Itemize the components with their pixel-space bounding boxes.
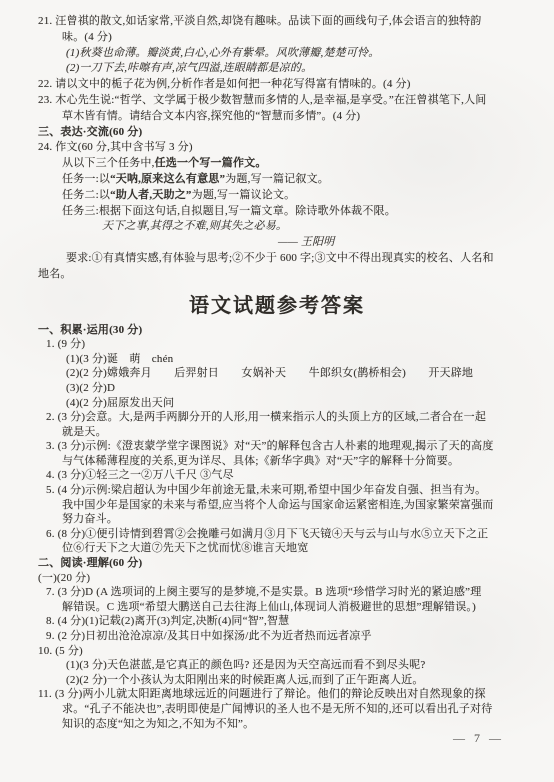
text-line: 22. 请以文中的栀子花为例,分析作者是如何把一种花写得富有情味的。(4 分) xyxy=(0,77,554,93)
answers-title: 语文试题参考答案 xyxy=(0,289,554,318)
text-line: 就是天。 xyxy=(0,425,554,440)
text-line: 9. (2 分)日初出沧沧凉凉/及其日中如探汤/此不为近者热而远者凉乎 xyxy=(0,629,554,644)
text-line: 1. (9 分) xyxy=(0,337,554,352)
text-line: (4)(2 分)屈原发出天问 xyxy=(0,396,554,411)
text-line: 努力奋斗。 xyxy=(0,512,554,527)
text-segment: 为题,写一篇记叙文。 xyxy=(225,173,329,185)
text-line: 求。“孔子不能决也”,表明即使是广闻博识的圣人也不是无所不知的,还可以看出孔子对… xyxy=(0,702,554,717)
text-segment: 从以下三个任务中, xyxy=(62,157,155,169)
text-line: (1)(3 分)诞 萌 chén xyxy=(0,352,554,367)
scanned-answer-page: 21. 汪曾祺的散文,如话家常,平淡自然,却饶有趣味。品读下面的画线句子,体会语… xyxy=(0,0,554,782)
text-line: 7. (3 分)D (A 选项词的上阕主要写的是梦境,不是实景。B 选项“珍惜学… xyxy=(0,585,554,600)
text-line: 三、表达·交流(60 分) xyxy=(0,125,554,141)
text-line: —— 王阳明 xyxy=(0,235,554,251)
text-line: 24. 作文(60 分,其中含书写 3 分) xyxy=(0,140,554,156)
text-line: 与气体稀薄程度的关系,更为详尽、具体;《新华字典》对“天”字的解释十分简要。 xyxy=(0,454,554,469)
text-line: 3. (3 分)示例:《澄衷蒙学堂字课图说》对“天”的解释包含古人朴素的地理观,… xyxy=(0,439,554,454)
text-line: 2. (3 分)会意。大,是两手两脚分开的人形,用一横来指示人的头顶上方的区域,… xyxy=(0,410,554,425)
answer-section: 一、积累·运用(30 分)1. (9 分)(1)(3 分)诞 萌 chén(2)… xyxy=(0,323,554,732)
text-line: 我中国少年是国家的未来与希望,应当将个人命运与国家命运紧密相连,为国家繁荣富强而 xyxy=(0,498,554,513)
text-line: 10. (5 分) xyxy=(0,644,554,659)
text-segment: 任务一:以 xyxy=(62,173,110,185)
text-line: 8. (4 分)(1)记载(2)离开(3)判定,决断(4)同“智”,智慧 xyxy=(0,614,554,629)
text-line: 一、积累·运用(30 分) xyxy=(0,323,554,338)
text-line: 要求:①有真情实感,有体验与思考;②不少于 600 字;③文中不得出现真实的校名… xyxy=(0,251,554,267)
text-line: 21. 汪曾祺的散文,如话家常,平淡自然,却饶有趣味。品读下面的画线句子,体会语… xyxy=(0,14,554,30)
text-line: 23. 木心先生说:“哲学、文学属于极少数智慧而多情的人,是幸福,是享受。”在汪… xyxy=(0,93,554,109)
text-line: 任务一:以“天呐,原来这么有意思”为题,写一篇记叙文。 xyxy=(0,172,554,188)
text-line: 解错误。C 选项“希望大鹏送自己去往海上仙山,体现词人消极避世的思想”理解错误。… xyxy=(0,600,554,615)
text-line: (2)(2 分)一个小孩认为太阳刚出来的时候距离人远,而到了正午距离人近。 xyxy=(0,673,554,688)
text-line: 任务三:根据下面这句话,自拟题目,写一篇文章。除诗歌外体裁不限。 xyxy=(0,204,554,220)
text-line: 知识的态度“知之为知之,不知为不知”。 xyxy=(0,717,554,732)
text-line: (3)(2 分)D xyxy=(0,381,554,396)
text-line: 地名。 xyxy=(0,267,554,283)
text-line: (一)(20 分) xyxy=(0,571,554,586)
text-line: 11. (3 分)两小儿就太阳距离地球远近的问题进行了辩论。他们的辩论反映出对自… xyxy=(0,687,554,702)
text-segment: 为题,写一篇议论文。 xyxy=(192,189,296,201)
text-segment: “天呐,原来这么有意思” xyxy=(110,173,225,185)
text-line: (2)一刀下去,咔嚓有声,凉气四溢,连眼睛都是凉的。 xyxy=(0,61,554,77)
page-number: — 7 — xyxy=(453,731,504,746)
text-segment: “助人者,天助之” xyxy=(110,189,192,201)
text-line: 二、阅读·理解(60 分) xyxy=(0,556,554,571)
text-line: 4. (3 分)①轻三之一②万八千尺 ③气尽 xyxy=(0,468,554,483)
text-line: 从以下三个任务中,任选一个写一篇作文。 xyxy=(0,156,554,172)
text-line: 味。(4 分) xyxy=(0,30,554,46)
text-line: 5. (4 分)示例:梁启超认为中国少年前途无量,未来可期,希望中国少年奋发自强… xyxy=(0,483,554,498)
question-section: 21. 汪曾祺的散文,如话家常,平淡自然,却饶有趣味。品读下面的画线句子,体会语… xyxy=(0,14,554,283)
text-line: (2)(2 分)嫦娥奔月 后羿射日 女娲补天 牛郎织女(鹊桥相会) 开天辟地 xyxy=(0,366,554,381)
text-line: 6. (8 分)①便引诗情到碧霄②会挽雕弓如满月③月下飞天镜④天与云与山与水⑤立… xyxy=(0,527,554,542)
text-line: 天下之事,其得之不难,则其失之必易。 xyxy=(0,219,554,235)
text-line: (1)(3 分)天色湛蓝,是它真正的颜色吗? 还是因为天空高远而看不到尽头呢? xyxy=(0,658,554,673)
text-line: 草木皆有情。请结合文本内容,探究他的“智慧而多情”。(4 分) xyxy=(0,109,554,125)
text-line: 位⑥行天下之大道⑦先天下之忧而忧⑧谁言天地宽 xyxy=(0,541,554,556)
text-segment: 任务二:以 xyxy=(62,189,110,201)
text-line: (1)秋葵也命薄。瓣淡黄,白心,心外有紫晕。风吹薄瓣,楚楚可怜。 xyxy=(0,46,554,62)
text-line: 任务二:以“助人者,天助之”为题,写一篇议论文。 xyxy=(0,188,554,204)
text-segment: 任选一个写一篇作文。 xyxy=(155,157,267,169)
